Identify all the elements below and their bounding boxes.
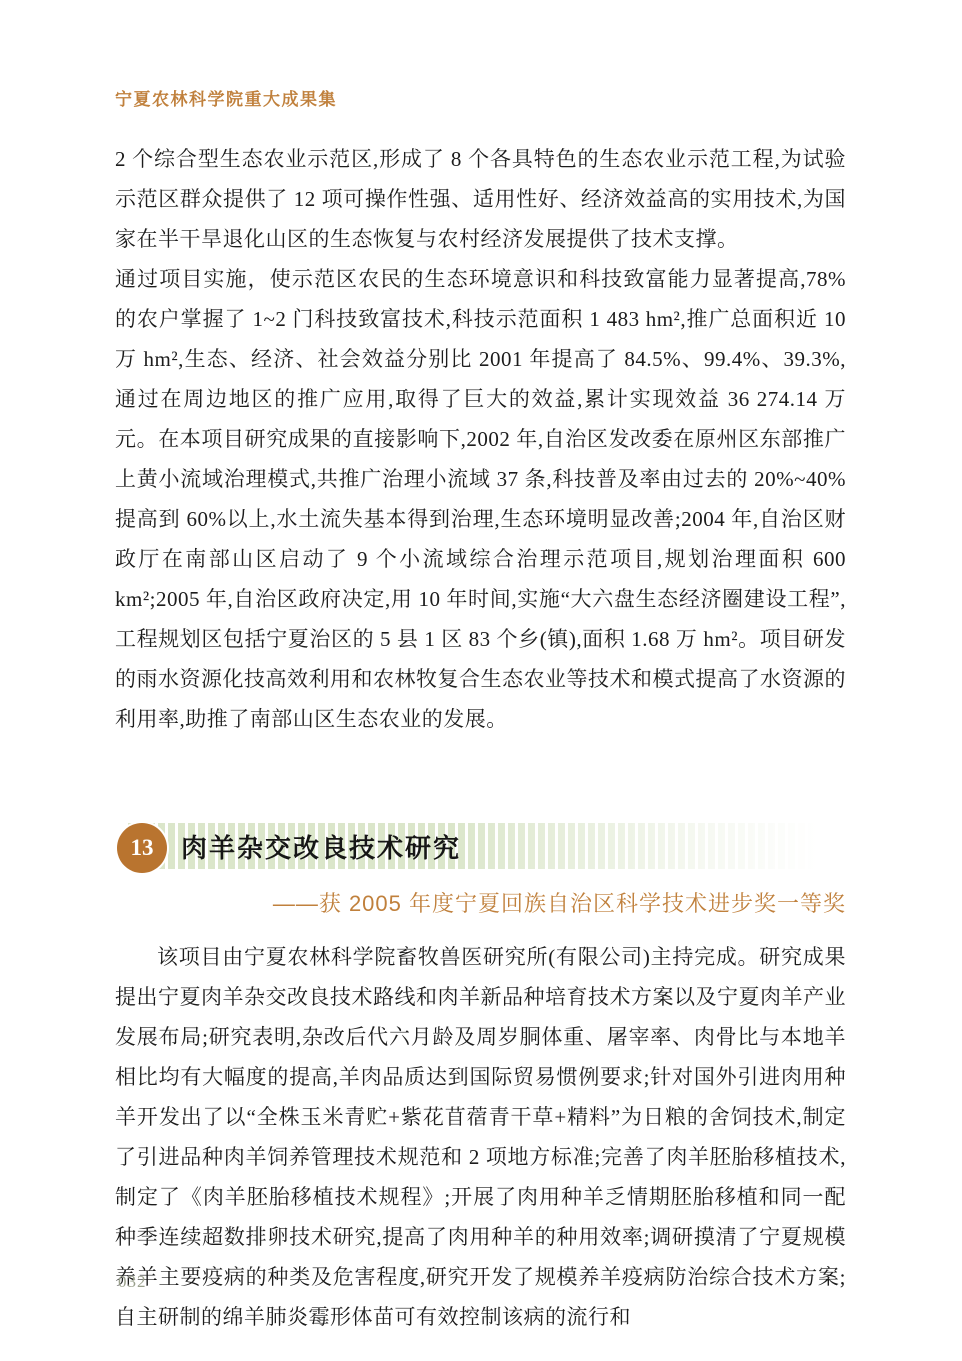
paragraph-1: 2 个综合型生态农业示范区,形成了 8 个各具特色的生态农业示范工程,为试验示范…	[115, 139, 846, 259]
section-heading: 13 肉羊杂交改良技术研究	[115, 823, 846, 875]
content-area: 2 个综合型生态农业示范区,形成了 8 个各具特色的生态农业示范工程,为试验示范…	[115, 139, 846, 1337]
page-number: 032	[118, 1272, 147, 1292]
running-header-title: 宁夏农林科学院重大成果集	[115, 85, 337, 110]
section-title: 肉羊杂交改良技术研究	[181, 823, 461, 869]
paragraph-3: 该项目由宁夏农林科学院畜牧兽医研究所(有限公司)主持完成。研究成果提出宁夏肉羊杂…	[115, 937, 846, 1337]
paragraph-2: 通过项目实施，使示范区农民的生态环境意识和科技致富能力显著提高,78%的农户掌握…	[115, 259, 846, 739]
section-number: 13	[131, 835, 154, 861]
section-number-badge: 13	[117, 823, 167, 873]
award-subtitle: ——获 2005 年度宁夏回族自治区科学技术进步奖一等奖	[115, 887, 846, 921]
document-page: 宁夏农林科学院重大成果集 2 个综合型生态农业示范区,形成了 8 个各具特色的生…	[0, 0, 962, 1361]
